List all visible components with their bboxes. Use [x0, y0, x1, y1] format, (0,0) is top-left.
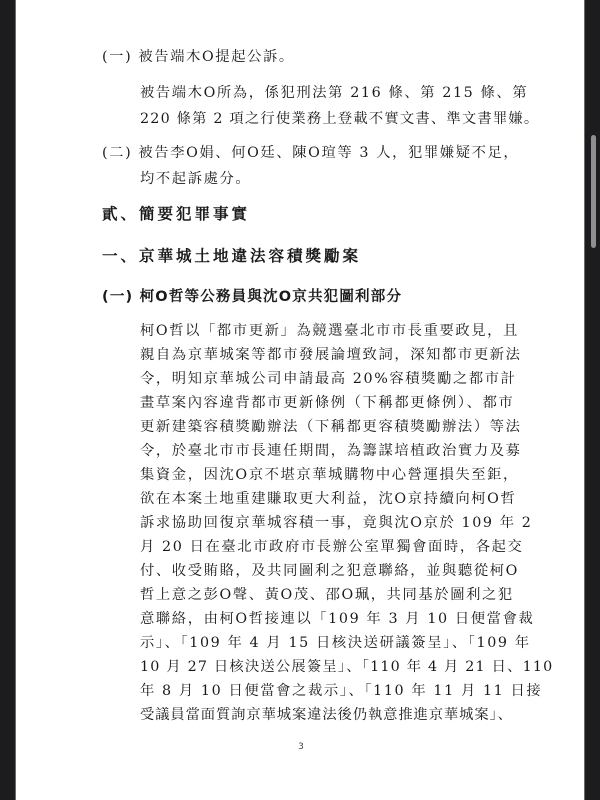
paragraph-line: 均不起訴處分。 [140, 169, 251, 189]
document-page: (一) 被告端木O提起公訴。 被告端木O所為，係犯刑法第 216 條、第 215… [15, 0, 585, 800]
subsubsection-heading: (一) 柯O哲等公務員與沈O京共犯圖利部分 [102, 287, 402, 307]
paragraph-line: 意聯絡，由柯O哲接連以「109 年 3 月 10 日便當會裁 [140, 609, 534, 629]
paragraph-line: 示」、「109 年 4 月 15 日核決送研議簽呈」、「109 年 [140, 633, 531, 653]
paragraph-line: 柯O哲以「都市更新」為競選臺北市市長重要政見，且 [140, 321, 519, 341]
paragraph-line: 年 8 月 10 日便當會之裁示」、「110 年 11 月 11 日接 [140, 681, 542, 701]
pdf-viewer: (一) 被告端木O提起公訴。 被告端木O所為，係犯刑法第 216 條、第 215… [0, 0, 600, 800]
scrollbar-track[interactable] [585, 0, 600, 800]
paragraph-line: 親自為京華城案等都市發展論壇致詞，深知都市更新法 [140, 345, 522, 365]
section-heading: 貳、簡要犯罪事實 [102, 204, 250, 224]
paragraph-line: 欲在本案土地重建賺取更大利益，沈O京持續向柯O哲 [140, 489, 516, 509]
paragraph-line: 令，於臺北市市長連任期間，為籌謀培植政治實力及募 [140, 441, 522, 461]
paragraph-line: 付、收受賄賂，及共同圖利之犯意聯絡，並與聽從柯O [140, 561, 519, 581]
paragraph-line: 令，明知京華城公司申請最高 20%容積獎勵之都市計 [140, 369, 517, 389]
subsection-heading: 一、京華城土地違法容積獎勵案 [102, 246, 361, 266]
paragraph-line: 220 條第 2 項之行使業務上登載不實文書、準文書罪嫌。 [140, 109, 539, 129]
scrollbar-thumb[interactable] [591, 135, 596, 248]
verdict-item-2: (二) 被告李O娟、何O廷、陳O瑄等 3 人，犯罪嫌疑不足， [102, 143, 519, 163]
paragraph-line: 哲上意之彭O聲、黃O茂、邵O珮，共同基於圖利之犯 [140, 585, 514, 605]
paragraph-line: 更新建築容積獎勵辦法（下稱都更容積獎勵辦法）等法 [140, 417, 522, 437]
paragraph-line: 被告端木O所為，係犯刑法第 216 條、第 215 條、第 [140, 83, 528, 103]
paragraph-line: 畫草案內容違背都市更新條例（下稱都更條例）、都市 [140, 393, 514, 413]
paragraph-line: 集資金，因沈O京不堪京華城購物中心營運損失至鉅， [140, 465, 519, 485]
paragraph-line: 月 20 日在臺北市政府市長辦公室單獨會面時，各起交 [140, 537, 523, 557]
page-number: 3 [16, 742, 586, 752]
paragraph-line: 10 月 27 日核決送公展簽呈」、「110 年 4 月 21 日、110 [140, 657, 553, 677]
verdict-item-1: (一) 被告端木O提起公訴。 [102, 47, 295, 67]
paragraph-line: 訴求協助回復京華城容積一事，竟與沈O京於 109 年 2 [140, 513, 532, 533]
paragraph-line: 受議員當面質詢京華城案違法後仍執意推進京華城案」、 [140, 705, 513, 725]
